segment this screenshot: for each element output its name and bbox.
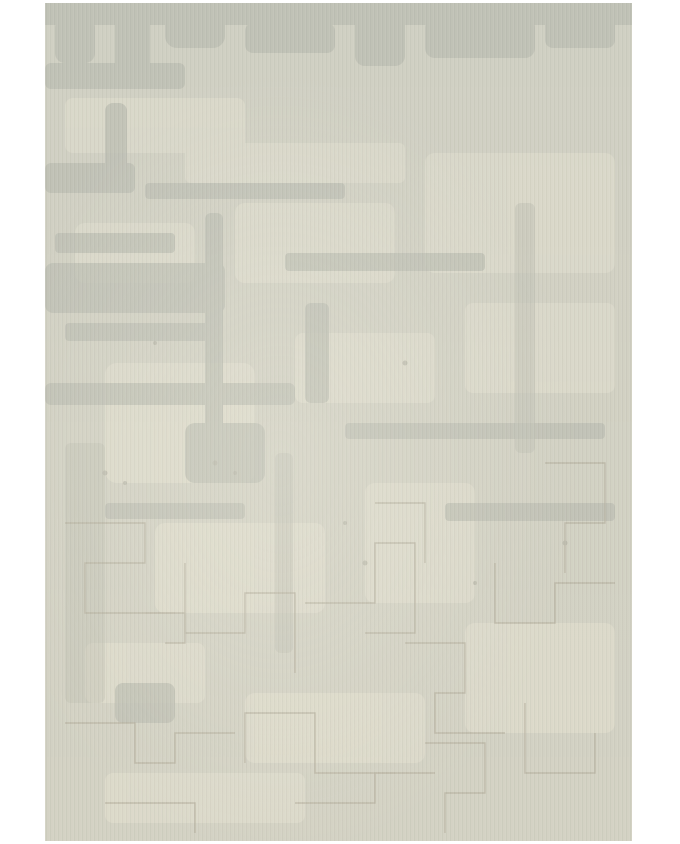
rug-pattern bbox=[45, 3, 632, 841]
rug bbox=[45, 3, 632, 841]
